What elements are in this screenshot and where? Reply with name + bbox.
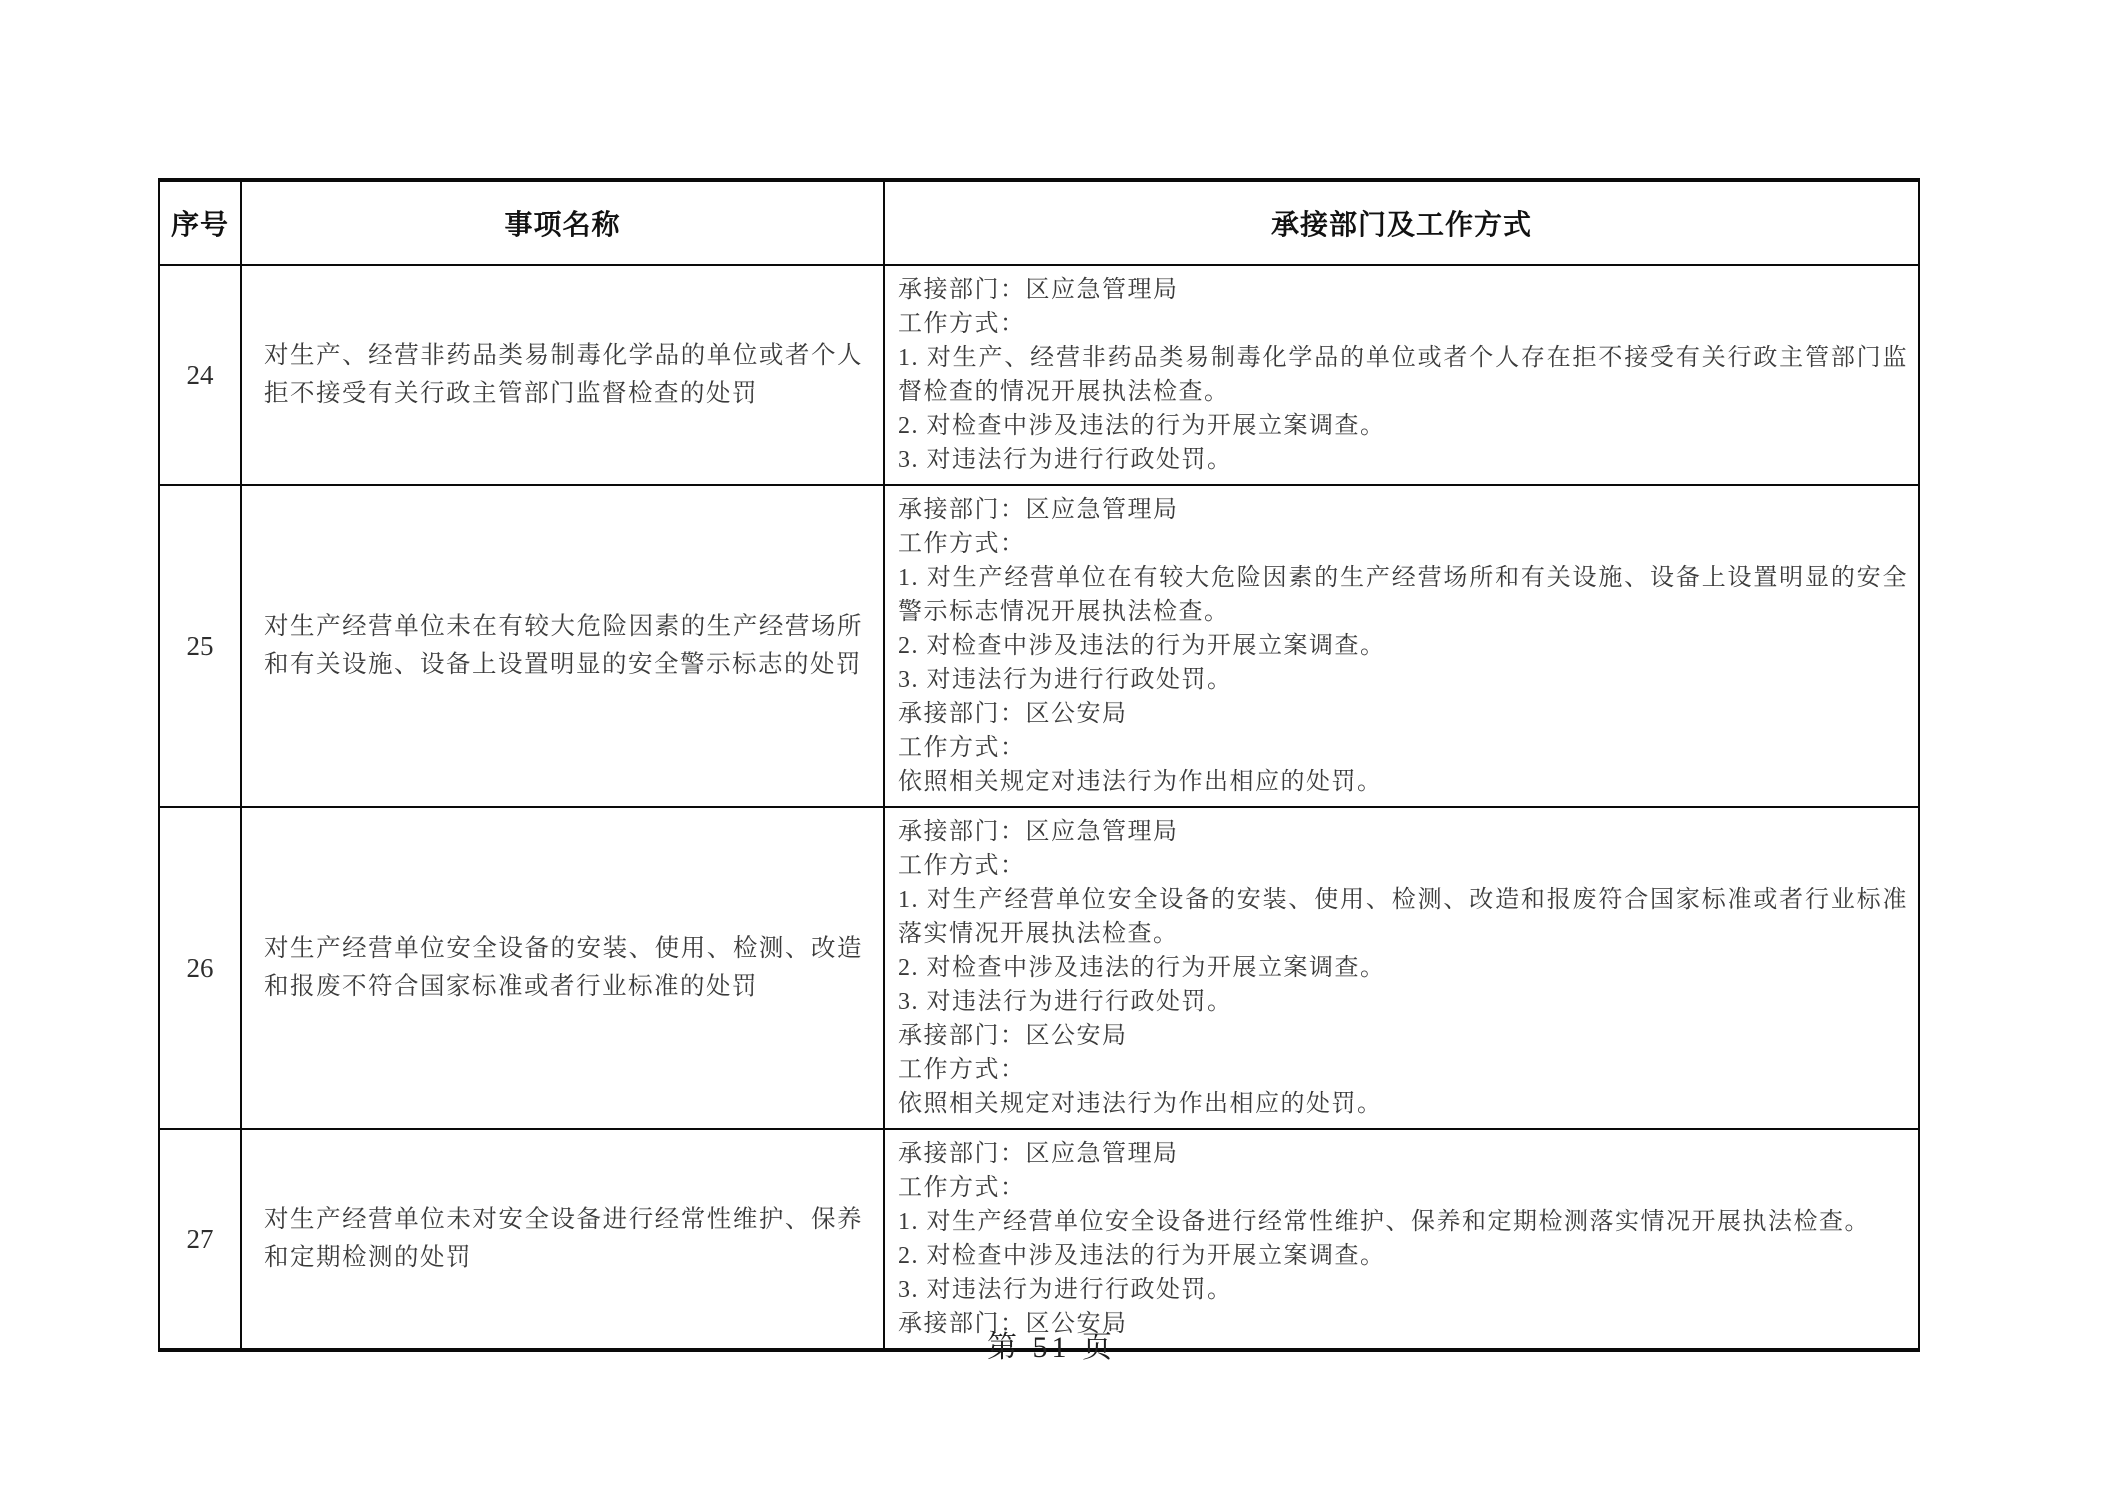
department-and-method: 承接部门：区应急管理局工作方式：1. 对生产经营单位安全设备的安装、使用、检测、… [884, 807, 1919, 1129]
detail-line: 2. 对检查中涉及违法的行为开展立案调查。 [898, 629, 1908, 663]
department-and-method: 承接部门：区应急管理局工作方式：1. 对生产、经营非药品类易制毒化学品的单位或者… [884, 265, 1919, 485]
item-name: 对生产经营单位安全设备的安装、使用、检测、改造和报废不符合国家标准或者行业标准的… [241, 807, 884, 1129]
table-header-row: 序号 事项名称 承接部门及工作方式 [159, 180, 1919, 265]
detail-line: 承接部门：区应急管理局 [898, 1137, 1908, 1171]
detail-line: 2. 对检查中涉及违法的行为开展立案调查。 [898, 1239, 1908, 1273]
item-name: 对生产经营单位未在有较大危险因素的生产经营场所和有关设施、设备上设置明显的安全警… [241, 485, 884, 807]
table-row: 26对生产经营单位安全设备的安装、使用、检测、改造和报废不符合国家标准或者行业标… [159, 807, 1919, 1129]
department-and-method: 承接部门：区应急管理局工作方式：1. 对生产经营单位在有较大危险因素的生产经营场… [884, 485, 1919, 807]
detail-line: 承接部门：区应急管理局 [898, 815, 1908, 849]
detail-line: 3. 对违法行为进行行政处罚。 [898, 443, 1908, 477]
detail-line: 工作方式： [898, 307, 1908, 341]
detail-line: 工作方式： [898, 849, 1908, 883]
table-row: 27对生产经营单位未对安全设备进行经常性维护、保养和定期检测的处罚承接部门：区应… [159, 1129, 1919, 1350]
detail-line: 承接部门：区公安局 [898, 697, 1908, 731]
item-name: 对生产经营单位未对安全设备进行经常性维护、保养和定期检测的处罚 [241, 1129, 884, 1350]
detail-line: 1. 对生产经营单位安全设备的安装、使用、检测、改造和报废符合国家标准或者行业标… [898, 883, 1908, 951]
detail-line: 工作方式： [898, 1171, 1908, 1205]
detail-line: 3. 对违法行为进行行政处罚。 [898, 663, 1908, 697]
col-header-item-name: 事项名称 [241, 180, 884, 265]
row-index: 27 [159, 1129, 241, 1350]
detail-line: 工作方式： [898, 731, 1908, 765]
col-header-department: 承接部门及工作方式 [884, 180, 1919, 265]
table-row: 24对生产、经营非药品类易制毒化学品的单位或者个人拒不接受有关行政主管部门监督检… [159, 265, 1919, 485]
detail-line: 1. 对生产经营单位在有较大危险因素的生产经营场所和有关设施、设备上设置明显的安… [898, 561, 1908, 629]
detail-line: 承接部门：区应急管理局 [898, 273, 1908, 307]
col-header-index: 序号 [159, 180, 241, 265]
detail-line: 承接部门：区应急管理局 [898, 493, 1908, 527]
detail-line: 工作方式： [898, 527, 1908, 561]
item-name: 对生产、经营非药品类易制毒化学品的单位或者个人拒不接受有关行政主管部门监督检查的… [241, 265, 884, 485]
detail-line: 2. 对检查中涉及违法的行为开展立案调查。 [898, 409, 1908, 443]
row-index: 24 [159, 265, 241, 485]
detail-line: 1. 对生产、经营非药品类易制毒化学品的单位或者个人存在拒不接受有关行政主管部门… [898, 341, 1908, 409]
items-table: 序号 事项名称 承接部门及工作方式 24对生产、经营非药品类易制毒化学品的单位或… [158, 178, 1920, 1352]
row-index: 26 [159, 807, 241, 1129]
detail-line: 3. 对违法行为进行行政处罚。 [898, 985, 1908, 1019]
detail-line: 1. 对生产经营单位安全设备进行经常性维护、保养和定期检测落实情况开展执法检查。 [898, 1205, 1908, 1239]
detail-line: 3. 对违法行为进行行政处罚。 [898, 1273, 1908, 1307]
detail-line: 2. 对检查中涉及违法的行为开展立案调查。 [898, 951, 1908, 985]
detail-line: 依照相关规定对违法行为作出相应的处罚。 [898, 1087, 1908, 1121]
table-row: 25对生产经营单位未在有较大危险因素的生产经营场所和有关设施、设备上设置明显的安… [159, 485, 1919, 807]
document-page: 序号 事项名称 承接部门及工作方式 24对生产、经营非药品类易制毒化学品的单位或… [0, 0, 2103, 1486]
department-and-method: 承接部门：区应急管理局工作方式：1. 对生产经营单位安全设备进行经常性维护、保养… [884, 1129, 1919, 1350]
page-number: 第 51 页 [0, 1322, 2103, 1366]
detail-line: 工作方式： [898, 1053, 1908, 1087]
row-index: 25 [159, 485, 241, 807]
detail-line: 承接部门：区公安局 [898, 1019, 1908, 1053]
detail-line: 依照相关规定对违法行为作出相应的处罚。 [898, 765, 1908, 799]
